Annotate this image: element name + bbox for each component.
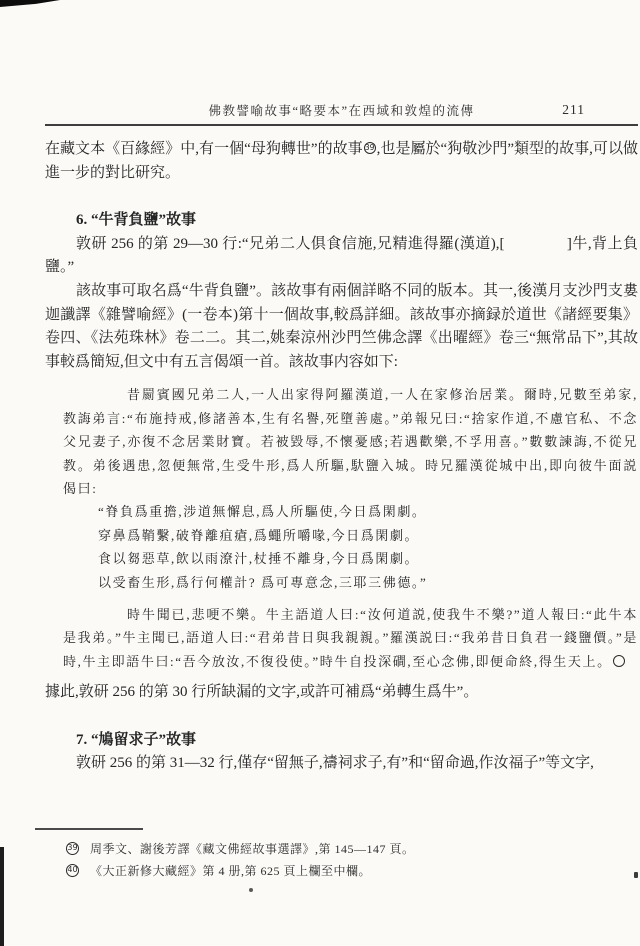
- section-6-paragraph-versions: 該故事可取名爲“牛背負鹽”。該故事有兩個詳略不同的版本。其一,後漢月支沙門支婁迦…: [45, 280, 638, 374]
- paragraph-intro: 在藏文本《百緣經》中,有一個“母狗轉世”的故事39,也是屬於“狗敬沙門”類型的故…: [45, 138, 638, 185]
- verse-line-2: 穿鼻爲鞘繫,破脊離疽瘡,爲蠅所嚼喙,今日爲閑劇。: [63, 524, 638, 547]
- section-7-paragraph: 敦研 256 的第 31—32 行,僅存“留無子,禱祠求子,有”和“留命過,作汝…: [45, 752, 638, 776]
- sutra-quote-block: 昔罽賓國兄弟二人,一人出家得阿羅漢道,一人在家修治居業。爾時,兄數至弟家,教誨弟…: [63, 383, 638, 673]
- footnote-39-marker: 39: [66, 842, 79, 855]
- verse-line-1: “脊負爲重擔,涉道無懈息,爲人所驅使,今日爲閑劇。: [63, 500, 638, 523]
- footnote-39: 39 周季文、謝後芳譯《藏文佛經故事選譯》,第 145—147 頁。: [45, 838, 605, 860]
- footnote-40-text: 《大正新修大藏經》第 4 册,第 625 頁上欄至中欄。: [90, 860, 371, 882]
- spacer: [45, 185, 638, 209]
- header-rule: [45, 124, 638, 126]
- section-6-heading: 6. “牛背負鹽”故事: [45, 209, 638, 233]
- scanned-book-page: 佛教譬喻故事“略要本”在西域和敦煌的流傳 211 在藏文本《百緣經》中,有一個“…: [0, 0, 640, 946]
- spacer: [45, 705, 638, 729]
- footnote-39-text: 周季文、謝後芳譯《藏文佛經故事選譯》,第 145—147 頁。: [90, 838, 415, 860]
- sutra-quote-paragraph-2: 時牛聞已,悲哽不樂。牛主語道人曰:“汝何道説,使我牛不樂?”道人報曰:“此牛本是…: [63, 603, 638, 673]
- scan-smudge-top-left: [0, 0, 60, 7]
- footnote-marker-40-inline: 40: [613, 655, 625, 667]
- body-text: 在藏文本《百緣經》中,有一個“母狗轉世”的故事39,也是屬於“狗敬沙門”類型的故…: [45, 138, 638, 776]
- verse-line-3: 食以芻惡草,飲以雨潦汁,杖捶不離身,今日爲閑劇。: [63, 547, 638, 570]
- footnote-separator-rule: [35, 828, 143, 830]
- verse-line-4: 以受畜生形,爲行何權計? 爲可專意念,三耶三佛德。”: [63, 571, 638, 594]
- paragraph-intro-text-before: 在藏文本《百緣經》中,有一個“母狗轉世”的故事: [45, 141, 363, 157]
- running-head: 佛教譬喻故事“略要本”在西域和敦煌的流傳 211: [45, 101, 638, 121]
- sutra-quote-paragraph-2-text: 時牛聞已,悲哽不樂。牛主語道人曰:“汝何道説,使我牛不樂?”道人報曰:“此牛本是…: [63, 607, 638, 669]
- scan-speck-right: [634, 872, 638, 878]
- scan-speck-footnote: [249, 888, 253, 892]
- page-number: 211: [562, 102, 585, 118]
- section-6-conclusion: 據此,敦研 256 的第 30 行所缺漏的文字,或許可補爲“弟轉生爲牛”。: [45, 681, 638, 705]
- footnote-40-marker: 40: [66, 864, 79, 877]
- running-head-title: 佛教譬喻故事“略要本”在西域和敦煌的流傳: [45, 101, 638, 119]
- footnote-marker-39-inline: 39: [364, 142, 376, 154]
- footnotes-area: 39 周季文、謝後芳譯《藏文佛經故事選譯》,第 145—147 頁。 40 《大…: [45, 828, 605, 882]
- footnote-40: 40 《大正新修大藏經》第 4 册,第 625 頁上欄至中欄。: [45, 860, 605, 882]
- scan-edge-left-bottom: [0, 847, 4, 946]
- section-7-heading: 7. “鳩留求子”故事: [45, 729, 638, 753]
- sutra-quote-paragraph-1: 昔罽賓國兄弟二人,一人出家得阿羅漢道,一人在家修治居業。爾時,兄數至弟家,教誨弟…: [63, 383, 638, 500]
- section-6-paragraph-dunyan: 敦研 256 的第 29—30 行:“兄弟二人俱食信施,兄精進得羅(漢道),[ …: [45, 233, 638, 280]
